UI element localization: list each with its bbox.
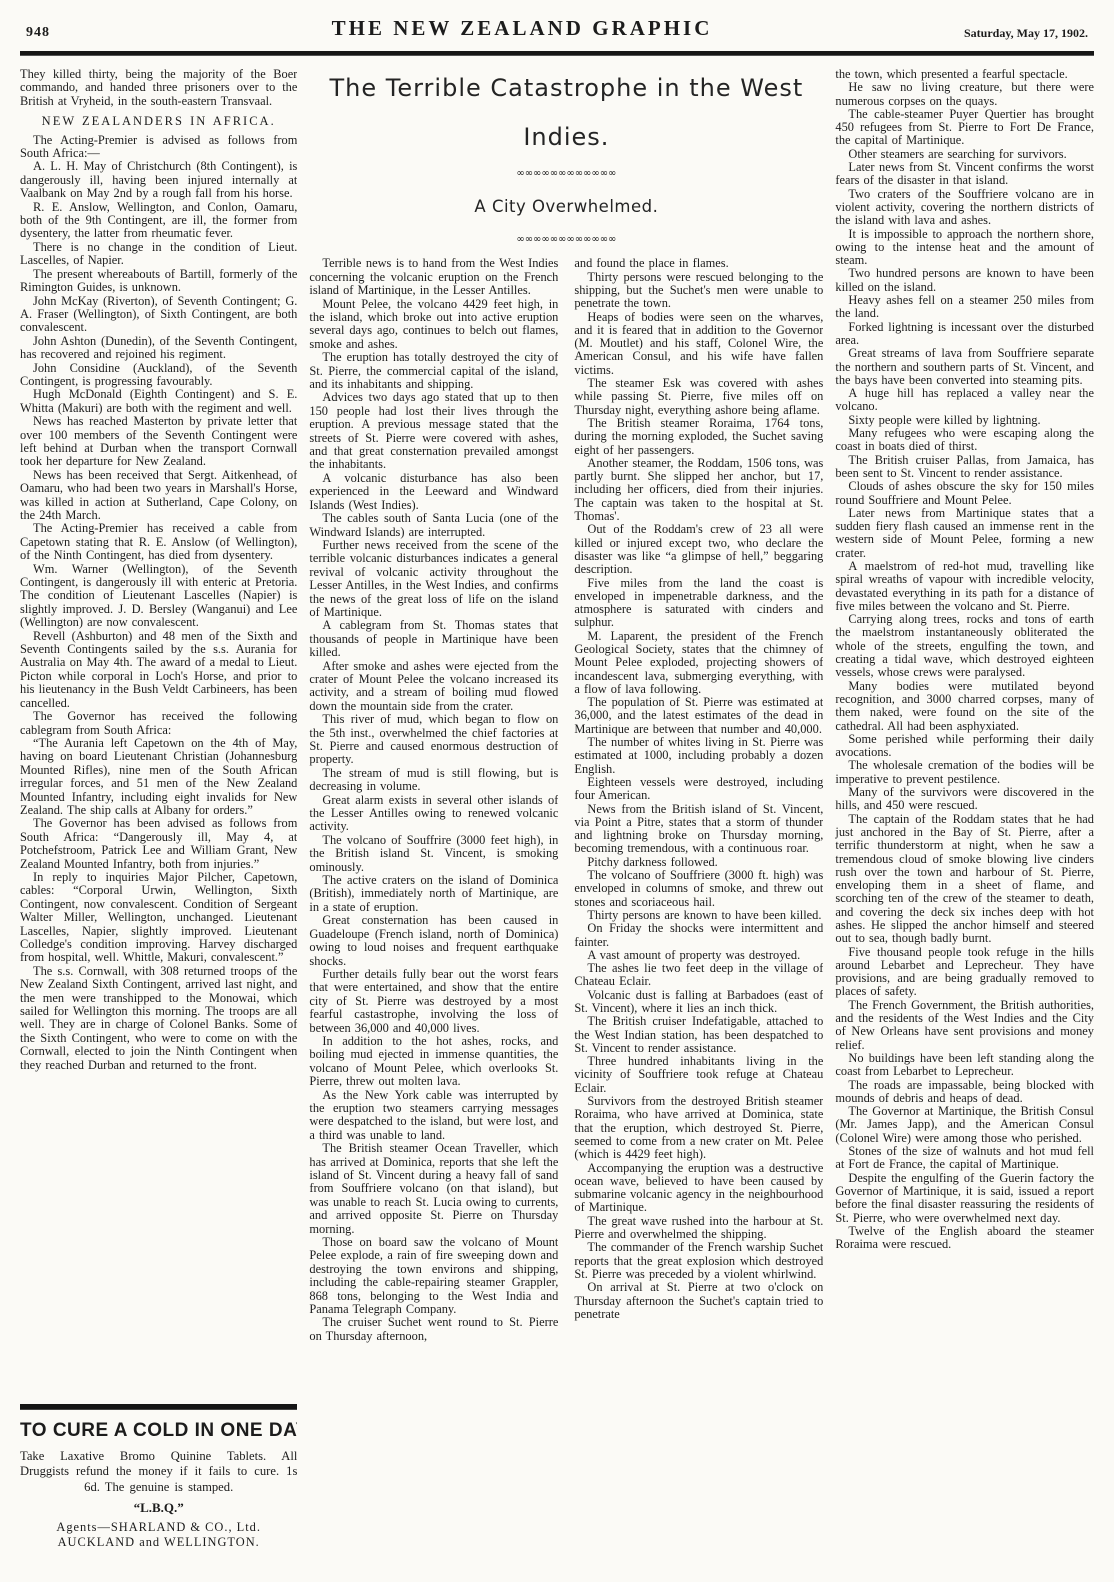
paragraph: The captain of the Roddam states that he… xyxy=(835,813,1094,946)
paragraph: No buildings have been left standing alo… xyxy=(835,1052,1094,1079)
paragraph: A cablegram from St. Thomas states that … xyxy=(309,619,558,659)
paragraph: NEW ZEALANDERS IN AFRICA. xyxy=(20,115,297,128)
paragraph: On Friday the shocks were intermittent a… xyxy=(574,922,823,949)
paragraph: Advices two days ago stated that up to t… xyxy=(309,391,558,471)
paragraph: Survivors from the destroyed British ste… xyxy=(574,1095,823,1161)
paragraph: Five miles from the land the coast is en… xyxy=(574,577,823,630)
paragraph: After smoke and ashes were ejected from … xyxy=(309,660,558,714)
paragraph: Great streams of lava from Souffriere se… xyxy=(835,347,1094,387)
paragraph: News has reached Masterton by private le… xyxy=(20,415,297,469)
paragraph: Stones of the size of walnuts and hot mu… xyxy=(835,1145,1094,1172)
paragraph: The Acting-Premier has received a cable … xyxy=(20,522,297,562)
paragraph: The ashes lie two feet deep in the villa… xyxy=(574,962,823,989)
paragraph: Pitchy darkness followed. xyxy=(574,856,823,869)
paragraph: Thirty persons are known to have been ki… xyxy=(574,909,823,922)
article-columns: Terrible news is to hand from the West I… xyxy=(309,257,823,1343)
paragraph: A. L. H. May of Christchurch (8th Contin… xyxy=(20,160,297,200)
advert-agents: Agents—SHARLAND & CO., Ltd. AUCKLAND and… xyxy=(20,1520,297,1550)
paragraph: News has been received that Sergt. Aitke… xyxy=(20,469,297,523)
paragraph: Sixty people were killed by lightning. xyxy=(835,414,1094,427)
paragraph: The cables south of Santa Lucia (one of … xyxy=(309,512,558,539)
paragraph: The British steamer Roraima, 1764 tons, … xyxy=(574,417,823,457)
paragraph: This river of mud, which began to flow o… xyxy=(309,713,558,767)
paragraph: the town, which presented a fearful spec… xyxy=(835,68,1094,81)
paragraph: Many refugees who were escaping along th… xyxy=(835,427,1094,454)
paragraph: The cruiser Suchet went round to St. Pie… xyxy=(309,1316,558,1343)
paragraph: John Considine (Auckland), of the Sevent… xyxy=(20,362,297,389)
paragraph: Many bodies were mutilated beyond recogn… xyxy=(835,680,1094,733)
paragraph: Later news from Martinique states that a… xyxy=(835,507,1094,560)
paragraph: Wm. Warner (Wellington), of the Seventh … xyxy=(20,563,297,630)
paragraph: The cable-steamer Puyer Quertier has bro… xyxy=(835,108,1094,148)
advert-cold-cure: TO CURE A COLD IN ONE DAY. Take Laxative… xyxy=(20,1404,297,1559)
paragraph: They killed thirty, being the majority o… xyxy=(20,68,297,108)
advert-rule xyxy=(20,1404,297,1410)
column-left: They killed thirty, being the majority o… xyxy=(20,68,297,1558)
advert-agents-line2: AUCKLAND and WELLINGTON. xyxy=(20,1535,297,1550)
paragraph: Out of the Roddam's crew of 23 all were … xyxy=(574,523,823,576)
paragraph: The active craters on the island of Domi… xyxy=(309,874,558,914)
paragraph: The volcano of Souffriere (3000 ft. high… xyxy=(574,869,823,909)
paragraph: The Governor at Martinique, the British … xyxy=(835,1105,1094,1145)
paragraph: Volcanic dust is falling at Barbadoes (e… xyxy=(574,989,823,1016)
paragraph: Another steamer, the Roddam, 1506 tons, … xyxy=(574,457,823,523)
paragraph: The wholesale cremation of the bodies wi… xyxy=(835,759,1094,786)
masthead: 948 THE NEW ZEALAND GRAPHIC Saturday, Ma… xyxy=(20,0,1094,41)
paragraph: Terrible news is to hand from the West I… xyxy=(309,257,558,297)
paragraph: A huge hill has replaced a valley near t… xyxy=(835,387,1094,414)
paragraph: The roads are impassable, being blocked … xyxy=(835,1079,1094,1106)
paragraph: Further news received from the scene of … xyxy=(309,539,558,619)
article-title: The Terrible Catastrophe in the West Ind… xyxy=(309,76,823,150)
paragraph: A maelstrom of red-hot mud, travelling l… xyxy=(835,560,1094,613)
paragraph: Heaps of bodies were seen on the wharves… xyxy=(574,311,823,377)
page-columns: They killed thirty, being the majority o… xyxy=(20,56,1094,1558)
paragraph: A volcanic disturbance has also been exp… xyxy=(309,472,558,512)
paragraph: Clouds of ashes obscure the sky for 150 … xyxy=(835,480,1094,507)
paragraph: The population of St. Pierre was estimat… xyxy=(574,696,823,736)
chain-ornament: ∞∞∞∞∞∞∞∞∞∞∞∞ xyxy=(309,168,823,179)
paragraph: Mount Pelee, the volcano 4429 feet high,… xyxy=(309,298,558,352)
article-column-1: Terrible news is to hand from the West I… xyxy=(309,257,558,1343)
paragraph: Eighteen vessels were destroyed, includi… xyxy=(574,776,823,803)
paragraph: The number of whites living in St. Pierr… xyxy=(574,736,823,776)
paragraph: Some perished while performing their dai… xyxy=(835,733,1094,760)
paragraph: A vast amount of property was destroyed. xyxy=(574,949,823,962)
paragraph: News from the British island of St. Vinc… xyxy=(574,803,823,856)
paragraph: Five thousand people took refuge in the … xyxy=(835,946,1094,999)
paragraph: R. E. Anslow, Wellington, and Conlon, Oa… xyxy=(20,201,297,241)
paragraph: The commander of the French warship Such… xyxy=(574,1241,823,1281)
paragraph: He saw no living creature, but there wer… xyxy=(835,81,1094,108)
paragraph: “The Aurania left Capetown on the 4th of… xyxy=(20,737,297,817)
paragraph: There is no change in the condition of L… xyxy=(20,241,297,268)
paragraph: The British steamer Ocean Traveller, whi… xyxy=(309,1142,558,1236)
paragraph: The present whereabouts of Bartill, form… xyxy=(20,268,297,295)
paragraph: Hugh McDonald (Eighth Contingent) and S.… xyxy=(20,388,297,415)
paragraph: On arrival at St. Pierre at two o'clock … xyxy=(574,1281,823,1321)
paragraph: Thirty persons were rescued belonging to… xyxy=(574,271,823,311)
paragraph: The Governor has received the following … xyxy=(20,710,297,737)
paragraph: The eruption has totally destroyed the c… xyxy=(309,351,558,391)
paragraph: Despite the engulfing of the Guerin fact… xyxy=(835,1172,1094,1225)
paragraph: M. Laparent, the president of the French… xyxy=(574,630,823,696)
column-right: the town, which presented a fearful spec… xyxy=(835,68,1094,1558)
paragraph: The great wave rushed into the harbour a… xyxy=(574,1215,823,1242)
paragraph: Many of the survivors were discovered in… xyxy=(835,786,1094,813)
article-title-line2: Indies. xyxy=(309,125,823,150)
paragraph: John McKay (Riverton), of Seventh Contin… xyxy=(20,295,297,335)
paragraph: The steamer Esk was covered with ashes w… xyxy=(574,377,823,417)
paragraph: The Acting-Premier is advised as follows… xyxy=(20,134,297,161)
article-center-span: The Terrible Catastrophe in the West Ind… xyxy=(309,68,823,1558)
publication-title: THE NEW ZEALAND GRAPHIC xyxy=(146,16,898,41)
article-subhead: A City Overwhelmed. xyxy=(309,197,823,216)
chain-ornament: ∞∞∞∞∞∞∞∞∞∞∞∞ xyxy=(309,234,823,245)
paragraph: The volcano of Souffrire (3000 feet high… xyxy=(309,834,558,874)
paragraph: Great alarm exists in several other isla… xyxy=(309,794,558,834)
paragraph: The British cruiser Pallas, from Jamaica… xyxy=(835,454,1094,481)
paragraph: As the New York cable was interrupted by… xyxy=(309,1089,558,1143)
issue-date: Saturday, May 17, 1902. xyxy=(898,26,1088,41)
paragraph: Twelve of the English aboard the steamer… xyxy=(835,1225,1094,1252)
paragraph: The Governor has been advised as follows… xyxy=(20,817,297,871)
newspaper-page: 948 THE NEW ZEALAND GRAPHIC Saturday, Ma… xyxy=(0,0,1114,1582)
paragraph: Those on board saw the volcano of Mount … xyxy=(309,1236,558,1316)
paragraph: Two craters of the Souffriere volcano ar… xyxy=(835,188,1094,228)
paragraph: The British cruiser Indefatigable, attac… xyxy=(574,1015,823,1055)
paragraph: The s.s. Cornwall, with 308 returned tro… xyxy=(20,965,297,1072)
paragraph: John Ashton (Dunedin), of the Seventh Co… xyxy=(20,335,297,362)
paragraph: Forked lightning is incessant over the d… xyxy=(835,321,1094,348)
paragraph: Accompanying the eruption was a destruct… xyxy=(574,1162,823,1215)
article-title-line1: The Terrible Catastrophe in the West xyxy=(329,74,803,102)
paragraph: Further details fully bear out the worst… xyxy=(309,968,558,1035)
paragraph: Revell (Ashburton) and 48 men of the Six… xyxy=(20,630,297,710)
advert-agents-line1: Agents—SHARLAND & CO., Ltd. xyxy=(20,1520,297,1535)
paragraph: Later news from St. Vincent confirms the… xyxy=(835,161,1094,188)
paragraph: Heavy ashes fell on a steamer 250 miles … xyxy=(835,294,1094,321)
paragraph: Other steamers are searching for survivo… xyxy=(835,148,1094,161)
paragraph: Three hundred inhabitants living in the … xyxy=(574,1055,823,1095)
paragraph: In reply to inquiries Major Pilcher, Cap… xyxy=(20,871,297,965)
paragraph: The French Government, the British autho… xyxy=(835,999,1094,1052)
paragraph: Carrying along trees, rocks and tons of … xyxy=(835,613,1094,679)
paragraph: The stream of mud is still flowing, but … xyxy=(309,767,558,794)
advert-brand: “L.B.Q.” xyxy=(20,1500,297,1516)
paragraph: Two hundred persons are known to have be… xyxy=(835,267,1094,294)
advert-body: Take Laxative Bromo Quinine Tablets. All… xyxy=(20,1449,297,1496)
article-header: The Terrible Catastrophe in the West Ind… xyxy=(309,68,823,257)
paragraph: In addition to the hot ashes, rocks, and… xyxy=(309,1035,558,1089)
paragraph: and found the place in flames. xyxy=(574,257,823,270)
left-column-text: They killed thirty, being the majority o… xyxy=(20,68,297,1072)
article-column-2: and found the place in flames.Thirty per… xyxy=(574,257,823,1343)
page-number: 948 xyxy=(26,25,146,41)
paragraph: Great consternation has been caused in G… xyxy=(309,914,558,968)
paragraph: It is impossible to approach the norther… xyxy=(835,228,1094,268)
advert-headline: TO CURE A COLD IN ONE DAY. xyxy=(20,1420,297,1442)
